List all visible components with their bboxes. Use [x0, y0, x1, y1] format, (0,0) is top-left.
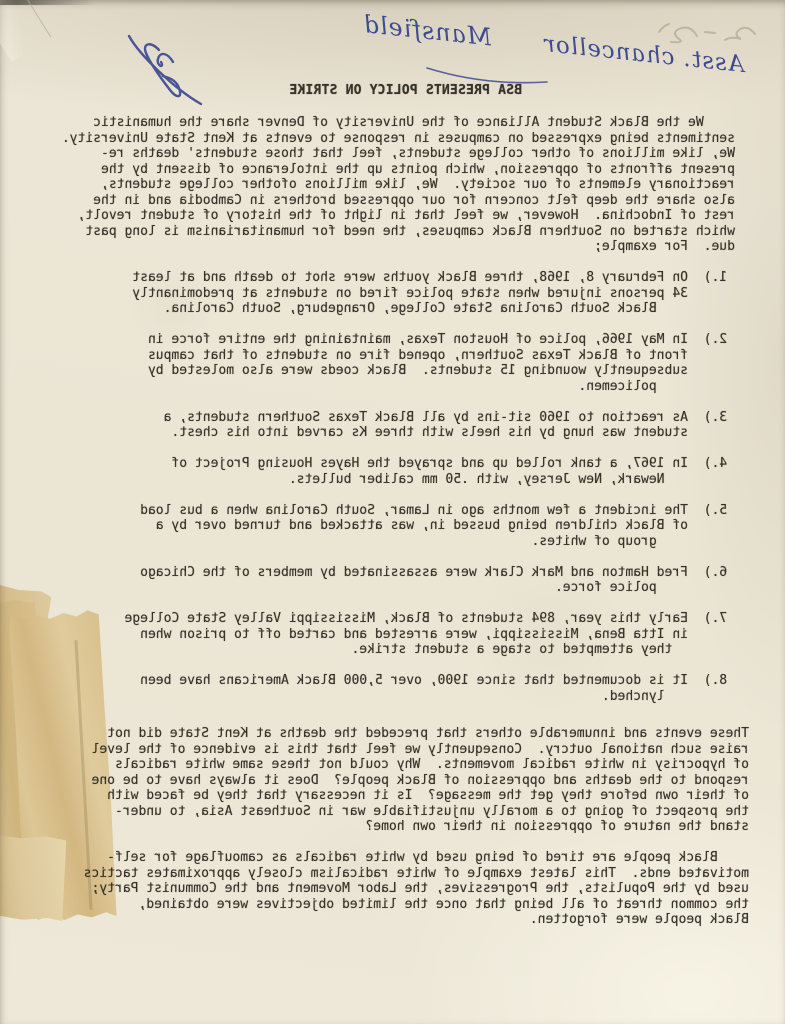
handwritten-note-name: Mansfield	[361, 10, 493, 51]
document-body-closing: These events and innumerable others that…	[84, 726, 749, 928]
tape-patch-bottom	[0, 835, 66, 921]
document-sheet: Asst. chancellorMansfield BSA PRESENTS P…	[0, 0, 785, 1024]
signature-flourish	[123, 30, 209, 110]
corner-crease	[0, 0, 51, 62]
handwritten-underline	[423, 66, 549, 86]
document-body-main: We the Black Student Alliance of the Uni…	[62, 115, 735, 704]
scanned-photo: Asst. chancellorMansfield BSA PRESENTS P…	[0, 0, 785, 1024]
